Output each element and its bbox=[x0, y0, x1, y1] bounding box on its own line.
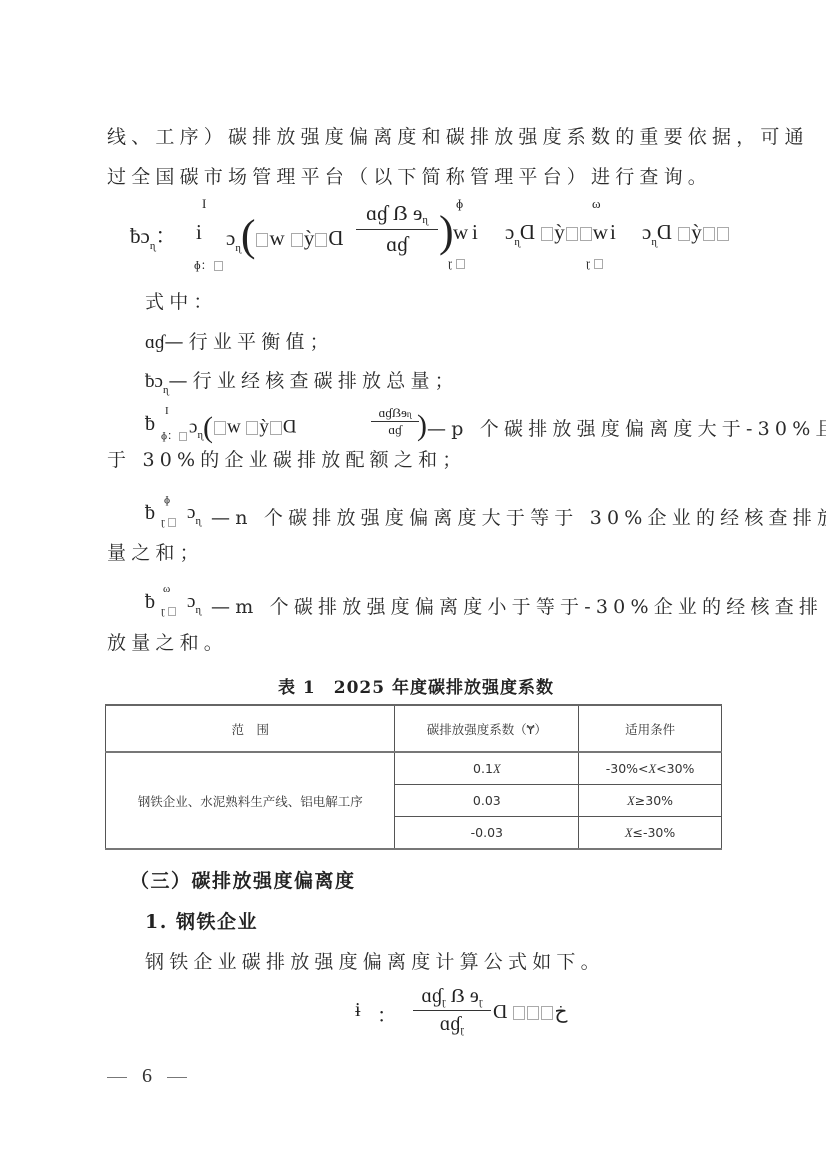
page-number: 6 bbox=[107, 1065, 187, 1088]
sum2-symbol: i bbox=[472, 220, 478, 245]
condition-cell: X≥30% bbox=[579, 785, 722, 817]
where-label: 式中： bbox=[145, 287, 218, 314]
header-scope: 范 围 bbox=[106, 705, 395, 752]
sum1-lower: ɸ： bbox=[194, 256, 224, 273]
table-row: 钢铁企业、水泥熟料生产线、铝电解工序 0.1X -30%<X<30% bbox=[106, 752, 722, 785]
condition-cell: X≤-30% bbox=[579, 817, 722, 850]
condition-cell: -30%<X<30% bbox=[579, 752, 722, 785]
deviation-formula: ɨ ： ɑɠɽ ẞ ɘɽ ɑɠɽ Ɑ خ bbox=[355, 985, 555, 1045]
definition-m-enterprises-cont: 放量之和。 bbox=[107, 628, 228, 655]
coefficient-cell: 0.1X bbox=[395, 752, 579, 785]
sum1-upper: I bbox=[202, 196, 206, 212]
main-fraction: ɑɠ ẞ ɘɳ ɑɠ bbox=[356, 201, 438, 257]
sum3-upper: ω bbox=[592, 196, 601, 212]
definition-n-enterprises-cont: 量之和； bbox=[107, 538, 204, 565]
subsection-heading: 1. 钢铁企业 bbox=[145, 907, 258, 934]
dash-left bbox=[107, 1077, 127, 1079]
intro-line-2: 过全国碳市场管理平台（以下简称管理平台）进行查询。 bbox=[107, 162, 712, 189]
definition-p-enterprises-cont: 于 30%的企业碳排放配额之和； bbox=[107, 445, 466, 472]
sum3-symbol: i bbox=[610, 220, 616, 245]
definition-balance-value: ɑɠ—行业平衡值； bbox=[145, 327, 334, 354]
intensity-coefficient-table: 范 围 碳排放强度系数（Ɏ） 适用条件 钢铁企业、水泥熟料生产线、铝电解工序 0… bbox=[105, 704, 722, 850]
formula-lhs: ƀɔ bbox=[130, 224, 150, 248]
coefficient-cell: 0.03 bbox=[395, 785, 579, 817]
table-header-row: 范 围 碳排放强度系数（Ɏ） 适用条件 bbox=[106, 705, 722, 752]
sum2-upper: ɸ bbox=[456, 196, 463, 212]
sum1-symbol: i bbox=[196, 220, 202, 245]
deviation-fraction: ɑɠɽ ẞ ɘɽ ɑɠɽ bbox=[413, 985, 491, 1036]
definition-total-emissions: ƀɔɳ—行业经核查碳排放总量； bbox=[145, 366, 459, 393]
coefficient-cell: -0.03 bbox=[395, 817, 579, 850]
header-condition: 适用条件 bbox=[579, 705, 722, 752]
intro-line-1: 线、工序）碳排放强度偏离度和碳排放强度系数的重要依据，可通 bbox=[107, 122, 809, 149]
sum3-term: ɔɳⱭ ỳ bbox=[642, 220, 730, 245]
sum1-term: ɔɳ(w ỳⱭ bbox=[226, 218, 344, 262]
sum2-term: ɔɳⱭ ỳw bbox=[505, 220, 608, 245]
section-heading: （三）碳排放强度偏离度 bbox=[130, 866, 356, 893]
table-caption: 表 1 2025 年度碳排放强度系数 bbox=[278, 673, 554, 698]
dash-right bbox=[167, 1077, 187, 1079]
scope-cell: 钢铁企业、水泥熟料生产线、铝电解工序 bbox=[106, 752, 395, 849]
header-coefficient: 碳排放强度系数（Ɏ） bbox=[395, 705, 579, 752]
section-intro: 钢铁企业碳排放强度偏离度计算公式如下。 bbox=[145, 947, 605, 974]
